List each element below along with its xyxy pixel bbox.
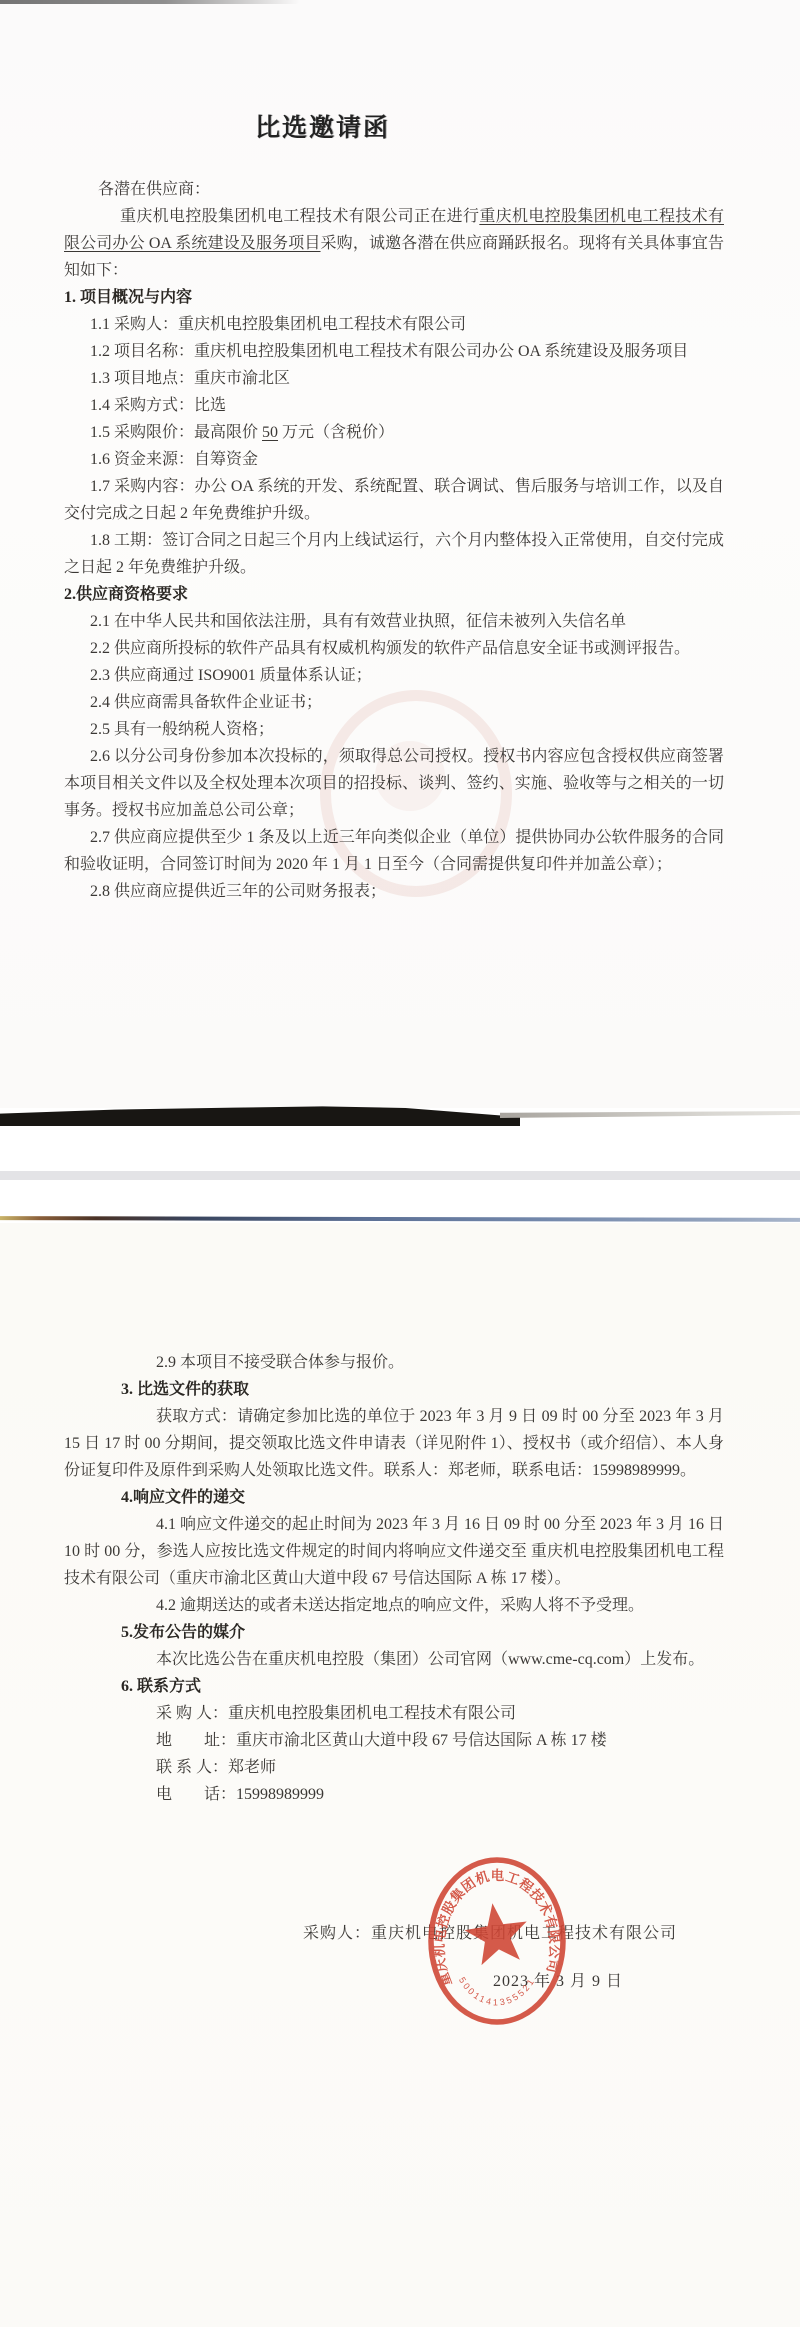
item-1-6: 1.6 资金来源：自筹资金 (64, 446, 724, 473)
section-3-body: 获取方式：请确定参加比选的单位于 2023 年 3 月 9 日 09 时 00 … (64, 1403, 724, 1484)
item-1-8: 1.8 工期：签订合同之日起三个月内上线试运行，六个月内整体投入正常使用，自交付… (64, 527, 724, 581)
section-5-body: 本次比选公告在重庆机电控股（集团）公司官网（www.cme-cq.com）上发布… (64, 1646, 724, 1673)
item-2-1: 2.1 在中华人民共和国依法注册，具有有效营业执照，征信未被列入失信名单 (64, 608, 724, 635)
section-1-heading: 1. 项目概况与内容 (64, 284, 724, 311)
seal-star-icon (465, 1903, 527, 1965)
section-2-heading: 2.供应商资格要求 (64, 581, 724, 608)
page1-scanner-shadow (0, 1106, 520, 1126)
contact-address: 地 址：重庆市渝北区黄山大道中段 67 号信达国际 A 栋 17 楼 (156, 1727, 724, 1754)
item-1-5-post: 万元（含税价） (278, 424, 394, 441)
section-3-heading: 3. 比选文件的获取 (121, 1376, 724, 1403)
item-2-8: 2.8 供应商应提供近三年的公司财务报表； (64, 878, 724, 905)
item-1-4: 1.4 采购方式：比选 (64, 392, 724, 419)
seal-number-text: 5001141355521 (457, 1975, 537, 2007)
page2-top-edge (0, 1216, 800, 1222)
item-2-6: 2.6 以分公司身份参加本次投标的，须取得总公司授权。授权书内容应包含授权供应商… (64, 743, 724, 824)
item-1-5: 1.5 采购限价：最高限价 50 万元（含税价） (64, 419, 724, 446)
svg-text:5001141355521: 5001141355521 (457, 1975, 537, 2007)
item-1-1: 1.1 采购人：重庆机电控股集团机电工程技术有限公司 (64, 311, 724, 338)
contact-person: 联 系 人：郑老师 (156, 1754, 724, 1781)
item-4-1: 4.1 响应文件递交的起止时间为 2023 年 3 月 16 日 09 时 00… (64, 1511, 724, 1592)
intro-paragraph: 重庆机电控股集团机电工程技术有限公司正在进行重庆机电控股集团机电工程技术有限公司… (64, 203, 724, 284)
page2-body: 2.9 本项目不接受联合体参与报价。 3. 比选文件的获取 获取方式：请确定参加… (64, 1349, 724, 1808)
scan-page-1: 比选邀请函 各潜在供应商： 重庆机电控股集团机电工程技术有限公司正在进行重庆机电… (0, 0, 800, 1108)
item-2-2: 2.2 供应商所投标的软件产品具有权威机构颁发的软件产品信息安全证书或测评报告。 (64, 635, 724, 662)
scanned-document: 比选邀请函 各潜在供应商： 重庆机电控股集团机电工程技术有限公司正在进行重庆机电… (0, 0, 800, 2327)
scanner-edge-smudge (0, 0, 300, 4)
page1-scanner-shadow-light (500, 1111, 800, 1118)
item-4-2: 4.2 逾期送达的或者未送达指定地点的响应文件，采购人将不予受理。 (64, 1592, 724, 1619)
item-2-5: 2.5 具有一般纳税人资格； (64, 716, 724, 743)
item-1-2: 1.2 项目名称：重庆机电控股集团机电工程技术有限公司办公 OA 系统建设及服务… (64, 338, 724, 365)
intro-pre: 重庆机电控股集团机电工程技术有限公司正在进行 (120, 208, 479, 225)
page-divider (0, 1171, 800, 1180)
contact-buyer: 采 购 人：重庆机电控股集团机电工程技术有限公司 (156, 1700, 724, 1727)
item-2-3: 2.3 供应商通过 ISO9001 质量体系认证； (64, 662, 724, 689)
item-2-7: 2.7 供应商应提供至少 1 条及以上近三年向类似企业（单位）提供协同办公软件服… (64, 824, 724, 878)
section-4-heading: 4.响应文件的递交 (121, 1484, 724, 1511)
contact-phone: 电 话：15998989999 (156, 1781, 724, 1808)
item-1-5-price-limit: 50 (262, 424, 278, 441)
item-1-7: 1.7 采购内容：办公 OA 系统的开发、系统配置、联合调试、售后服务与培训工作… (64, 473, 724, 527)
item-1-5-pre: 1.5 采购限价：最高限价 (90, 424, 262, 441)
document-title: 比选邀请函 (255, 108, 390, 144)
section-6-heading: 6. 联系方式 (121, 1673, 724, 1700)
item-2-4: 2.4 供应商需具备软件企业证书； (64, 689, 724, 716)
section-5-heading: 5.发布公告的媒介 (121, 1619, 724, 1646)
salutation: 各潜在供应商： (64, 176, 724, 203)
page1-body: 各潜在供应商： 重庆机电控股集团机电工程技术有限公司正在进行重庆机电控股集团机电… (64, 176, 724, 905)
item-2-9: 2.9 本项目不接受联合体参与报价。 (64, 1349, 724, 1376)
item-1-3: 1.3 项目地点：重庆市渝北区 (64, 365, 724, 392)
company-seal: 重庆机电控股集团机电工程技术有限公司 5001141355521 (422, 1852, 572, 2030)
